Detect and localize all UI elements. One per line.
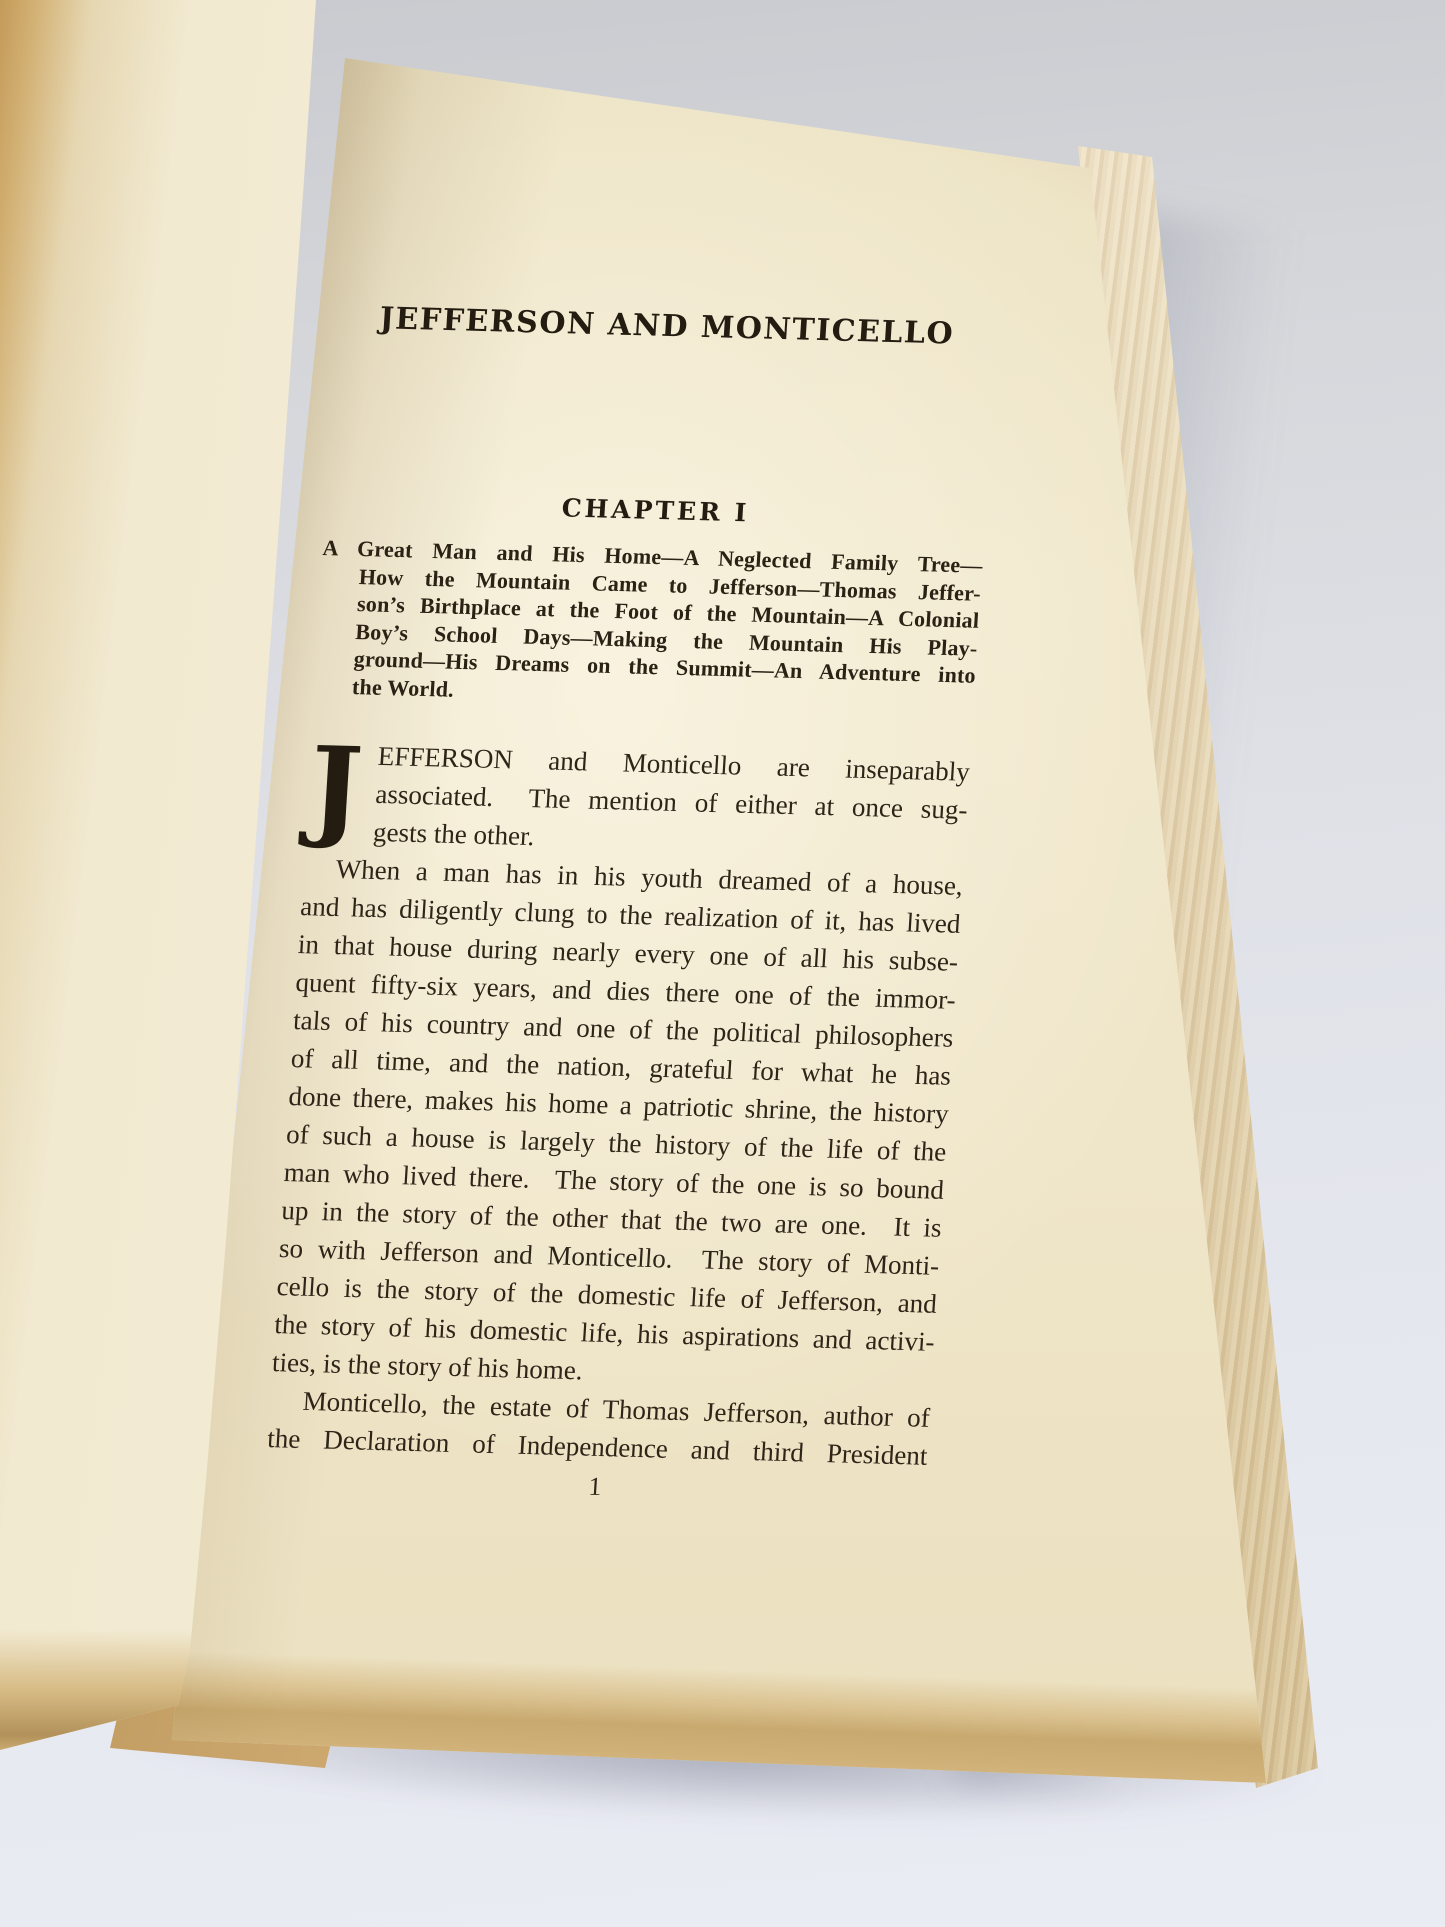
body-text: J EFFERSON and Monticello are inseparabl… [266, 735, 971, 1475]
paragraph: When a man has in his youth dreamed of a… [271, 849, 964, 1399]
book-photo-scene: JEFFERSON AND MONTICELLO CHAPTER I A Gre… [0, 0, 1445, 1927]
chapter-heading: CHAPTER I [325, 487, 987, 534]
paragraph: J EFFERSON and Monticello are inseparabl… [304, 735, 971, 867]
page-text-block: JEFFERSON AND MONTICELLO CHAPTER I A Gre… [264, 300, 998, 1511]
chapter-summary: A Great Man and His Home—A Neglected Fam… [313, 534, 983, 717]
drop-cap: J [306, 743, 365, 850]
